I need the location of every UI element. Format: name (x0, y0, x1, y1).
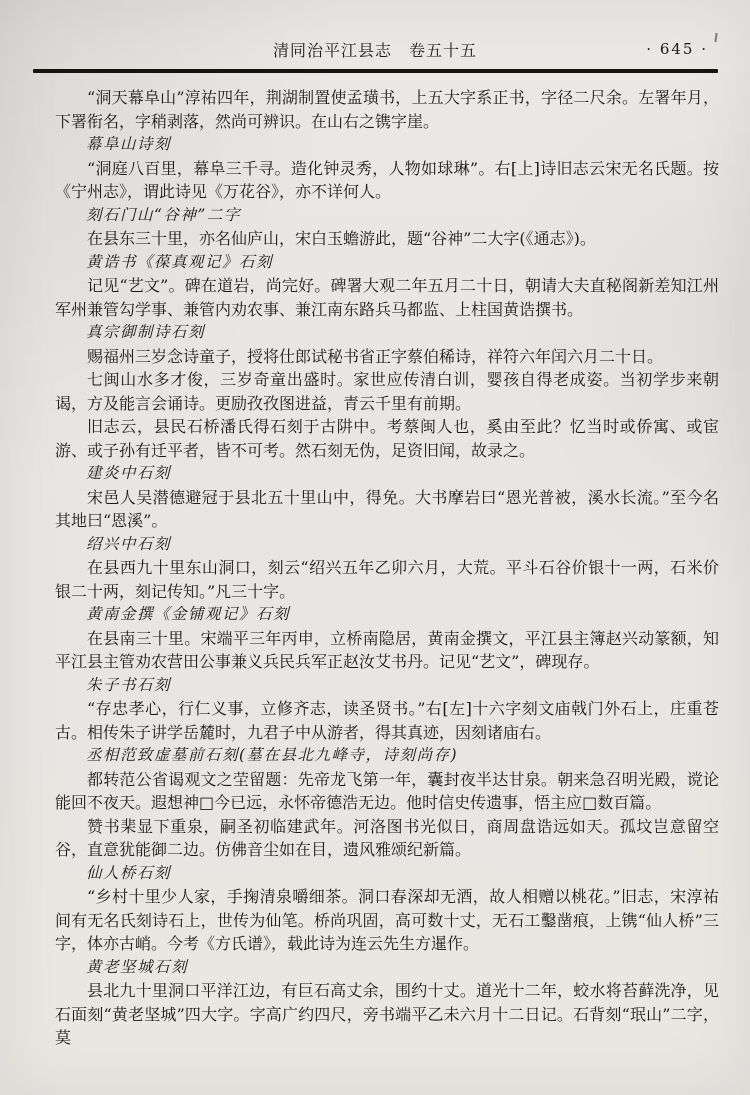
book-title: 清同治平江县志 卷五十五 (0, 38, 750, 61)
paragraph: 在县西九十里东山洞口，刻云“绍兴五年乙卯六月，大荒。平斗石谷价银十一两，石米价银… (55, 556, 719, 603)
section-heading: 黄南金撰《金铺观记》石刻 (55, 603, 719, 627)
section-heading: 建炎中石刻 (55, 462, 719, 486)
header-rule (33, 69, 718, 73)
paragraph: 七闽山水多才俊，三岁奇童出盛时。家世应传清白训，婴孩自得老成姿。当初学步来朝谒，… (55, 368, 719, 415)
paragraph: 旧志云，县民石桥潘氏得石刻于古阱中。考蔡闽人也，奚由至此？忆当时或侨寓、或宦游、… (55, 415, 719, 462)
section-heading: 黄诰书《葆真观记》石刻 (55, 251, 719, 275)
section-heading: 黄老坚城石刻 (55, 956, 719, 980)
running-head: 清同治平江县志 卷五十五 · 645 · (0, 38, 750, 62)
section-heading: 朱子书石刻 (55, 674, 719, 698)
paragraph: 赞书棐显下重泉，嗣圣初临建武年。河洛图书光似日，商周盘诰远如天。孤坟岂意留空谷，… (55, 815, 719, 862)
paragraph: 记见“艺文”。碑在道岩，尚完好。碑署大观二年五月二十日，朝请大夫直秘阁新差知江州… (55, 274, 719, 321)
paragraph: “乡村十里少人家，手掬清泉嚼细茶。洞口春深却无酒，故人相赠以桃花。”旧志，宋淳祐… (55, 885, 719, 956)
section-heading: 仙人桥石刻 (55, 862, 719, 886)
book-page: 清同治平江县志 卷五十五 · 645 · “洞天幕阜山”淳祐四年，荆湖制置使孟璜… (0, 0, 750, 1095)
paragraph: “存忠孝心，行仁义事，立修齐志，读圣贤书。”右[左]十六字刻文庙戟门外石上，庄重… (55, 697, 719, 744)
paragraph: 都转范公省谒观文之茔留题：先帝龙飞第一年，囊封夜半达甘泉。朝来急召明光殿，谠论能… (55, 768, 719, 815)
page-body: “洞天幕阜山”淳祐四年，荆湖制置使孟璜书，上五大字系正书，字径二尺余。左署年月，… (55, 86, 719, 1050)
page-number: · 645 · (646, 40, 708, 58)
paragraph: 在县东三十里，亦名仙庐山，宋白玉蟾游此，题“谷神”二大字(《通志》)。 (55, 227, 719, 251)
section-heading: 刻石门山“谷神”二字 (55, 204, 719, 228)
paragraph: “洞庭八百里，幕阜三千寻。造化钟灵秀，人物如球琳”。右[上]诗旧志云宋无名氏题。… (55, 157, 719, 204)
paragraph: 在县南三十里。宋端平三年丙申，立桥南隐居，黄南金撰文，平江县主簿赵兴动篆额，知平… (55, 627, 719, 674)
section-heading: 丞相范致虚墓前石刻(墓在县北九峰寺，诗刻尚存) (55, 744, 719, 768)
paragraph: 宋邑人吴潜德避冠于县北五十里山中，得免。大书摩岩曰“恩光普被，溪水长流。”至今名… (55, 486, 719, 533)
paragraph: “洞天幕阜山”淳祐四年，荆湖制置使孟璜书，上五大字系正书，字径二尺余。左署年月，… (55, 86, 719, 133)
page-header: 清同治平江县志 卷五十五 · 645 · (0, 38, 750, 73)
section-heading: 幕阜山诗刻 (55, 133, 719, 157)
section-heading: 真宗御制诗石刻 (55, 321, 719, 345)
paragraph: 县北九十里洞口平洋江边，有巨石高丈余，围约十丈。道光十二年，蛟水将苔藓洗净，见石… (55, 979, 719, 1050)
section-heading: 绍兴中石刻 (55, 533, 719, 557)
paragraph: 赐福州三岁念诗童子，授将仕郎试秘书省正字蔡伯稀诗，祥符六年闰六月二十日。 (55, 345, 719, 369)
